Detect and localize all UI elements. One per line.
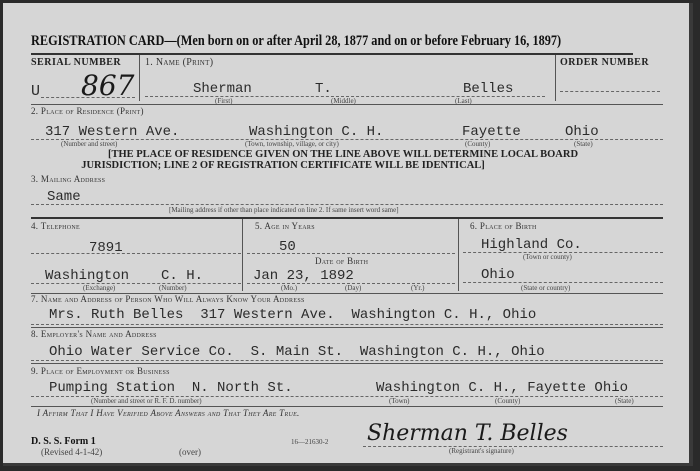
telephone-label: 4. Telephone	[31, 221, 80, 231]
employment-place-label: 9. Place of Employment or Business	[31, 366, 170, 376]
number-caption: (Number)	[159, 284, 187, 292]
age-label: 5. Age in Years	[255, 221, 315, 231]
employer-value: Ohio Water Service Co. S. Main St. Washi…	[49, 344, 545, 360]
order-number-label: ORDER NUMBER	[560, 57, 649, 68]
mailing-label: 3. Mailing Address	[31, 174, 105, 184]
employer-label: 8. Employer's Name and Address	[31, 329, 157, 339]
residence-street: 317 Western Ave.	[45, 124, 179, 140]
serial-prefix: U	[31, 83, 40, 100]
town-caption: (Town, township, village, or city)	[245, 140, 339, 148]
employment-street-caption: (Number and street or R. F. D. number)	[91, 397, 202, 405]
residence-instruction-2: JURISDICTION; LINE 2 OF REGISTRATION CER…	[63, 160, 503, 171]
card-title: REGISTRATION CARD—(Men born on or after …	[31, 33, 561, 50]
revised-date: (Revised 4-1-42)	[41, 447, 102, 457]
contact-value: Mrs. Ruth Belles 317 Western Ave. Washin…	[49, 307, 536, 323]
affirmation-text: I Affirm That I Have Verified Above Answ…	[37, 408, 300, 418]
birthplace-state-caption: (State or country)	[521, 284, 570, 292]
residence-county: Fayette	[462, 124, 521, 140]
over-note: (over)	[179, 447, 201, 457]
serial-number-label: SERIAL NUMBER	[31, 57, 121, 68]
state-caption: (State)	[574, 140, 593, 148]
employment-town: Washington C. H., Fayette Ohio	[376, 380, 628, 396]
mailing-caption: [Mailing address if other than place ind…	[169, 206, 399, 214]
residence-state: Ohio	[565, 124, 599, 140]
contact-label: 7. Name and Address of Person Who Will A…	[31, 294, 305, 304]
telephone-exchange: Washington	[45, 268, 129, 284]
yr-caption: (Yr.)	[411, 284, 424, 292]
residence-town: Washington C. H.	[249, 124, 383, 140]
mo-caption: (Mo.)	[281, 284, 297, 292]
middle-initial: T.	[315, 81, 332, 97]
employment-street: Pumping Station N. North St.	[49, 380, 293, 396]
birthplace-label: 6. Place of Birth	[470, 221, 537, 231]
telephone-exchange-number: C. H.	[161, 268, 203, 284]
exchange-caption: (Exchange)	[83, 284, 115, 292]
signature-caption: (Registrant's signature)	[449, 447, 514, 455]
employment-town-caption: (Town)	[389, 397, 410, 405]
first-name: Sherman	[193, 81, 252, 97]
residence-label: 2. Place of Residence (Print)	[31, 106, 144, 116]
county-caption: (County)	[465, 140, 490, 148]
form-id: D. S. S. Form 1	[31, 436, 96, 447]
dob-value: Jan 23, 1892	[253, 268, 354, 284]
print-code: 16—21630-2	[291, 438, 328, 446]
mailing-value: Same	[47, 189, 81, 205]
employment-state-caption: (State)	[615, 397, 634, 405]
birthplace-state: Ohio	[481, 267, 515, 283]
last-name: Belles	[463, 81, 513, 97]
dob-label: Date of Birth	[315, 256, 368, 266]
employment-county-caption: (County)	[495, 397, 520, 405]
registrant-signature: Sherman T. Belles	[367, 421, 568, 446]
name-label: 1. Name (Print)	[145, 57, 213, 68]
day-caption: (Day)	[345, 284, 361, 292]
birthplace-town: Highland Co.	[481, 237, 582, 253]
street-caption: (Number and street)	[61, 140, 117, 148]
residence-instruction-1: [THE PLACE OF RESIDENCE GIVEN ON THE LIN…	[63, 149, 623, 160]
registration-card: REGISTRATION CARD—(Men born on or after …	[3, 3, 693, 466]
birthplace-town-caption: (Town or county)	[523, 253, 572, 261]
